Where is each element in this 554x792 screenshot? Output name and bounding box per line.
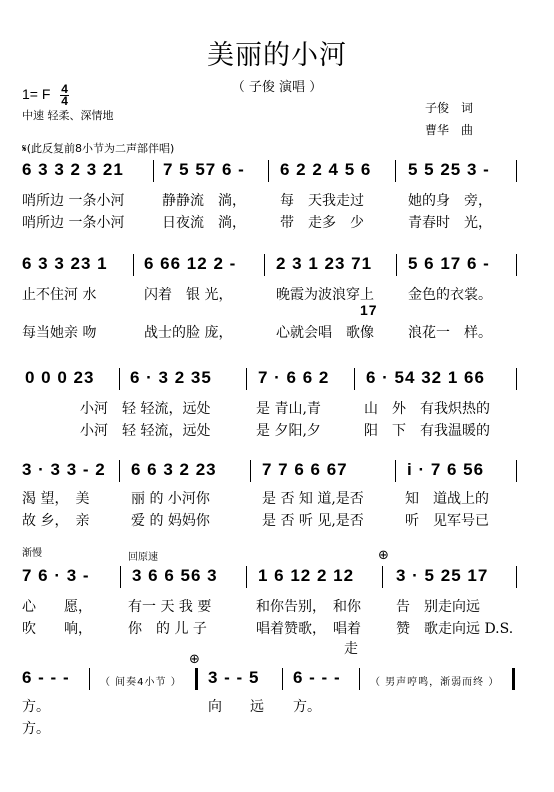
lyric: 唱着赞歌， 唱着	[256, 618, 361, 638]
lyric: 是 否 听 见,是否	[262, 510, 364, 530]
lyric: 带 走多 少	[280, 212, 364, 232]
measure: 5 6 17 6 -	[408, 254, 490, 274]
barline	[282, 668, 283, 690]
measure: 0 0 0 23	[25, 368, 94, 388]
measure: 3 6 6 56 3	[132, 566, 218, 586]
measure: 6 66 12 2 -	[144, 254, 236, 274]
lyric: 山 外 有我炽热的	[364, 398, 490, 418]
barline	[264, 254, 265, 276]
lyric: 青春时 光，	[408, 212, 492, 232]
lyric: 向 远	[208, 696, 264, 716]
key-signature: 1= F 4 4	[22, 84, 69, 107]
barline	[120, 566, 121, 588]
lyric: 止不住河 水	[22, 284, 96, 304]
measure: 7 5 57 6 -	[163, 160, 245, 180]
lyric: 走	[344, 638, 358, 658]
lyric: 是 夕阳,夕	[256, 420, 321, 440]
song-title: 美丽的小河	[0, 33, 554, 72]
measure: 6 · 54 32 1 66	[366, 368, 485, 388]
barline	[516, 368, 517, 390]
lyric: 晚霞为波浪穿上	[276, 284, 374, 304]
barline	[396, 254, 397, 276]
barline	[119, 368, 120, 390]
lyric: 闪着 银 光，	[144, 284, 232, 304]
singer-credit: （ 子俊 演唱 ）	[0, 76, 554, 95]
lyric: 每 天我走过	[280, 190, 364, 210]
lyric: 有一 天 我 要	[128, 596, 211, 616]
lyric: 方。	[293, 696, 321, 716]
measure: 7 7 6 6 67	[262, 460, 348, 480]
lyric: 知 道战上的	[405, 488, 489, 508]
measure: 6 - - -	[22, 668, 70, 688]
lyric: 和你告别， 和你	[256, 596, 361, 616]
lyric: 静静流 淌，	[162, 190, 246, 210]
barline	[359, 668, 360, 690]
key-label: 1= F	[22, 86, 50, 102]
ritardando-marking: 渐慢	[22, 544, 42, 559]
measure: 6 6 3 2 23	[131, 460, 217, 480]
lyric: 丽 的 小河你	[131, 488, 210, 508]
barline	[516, 160, 517, 182]
barline	[89, 668, 90, 690]
lyric: 你 的 儿 子	[128, 618, 207, 638]
repeat-barline	[195, 668, 198, 690]
interlude-note: （ 间奏4小节 ）	[100, 673, 182, 688]
ending-note: （ 男声哼鸣，渐弱而终 ）	[370, 673, 499, 688]
tempo-marking: 中速 轻柔、深情地	[22, 107, 114, 123]
coda-icon: ⊕	[189, 652, 200, 667]
lyric: 告 别走向远	[396, 596, 480, 616]
lyricist: 子俊 词	[425, 97, 473, 119]
barline	[250, 460, 251, 482]
measure: 1 6 12 2 12	[258, 566, 354, 586]
barline	[268, 160, 269, 182]
credits: 子俊 词 曹华 曲	[425, 97, 473, 141]
final-barline	[512, 668, 515, 690]
measure: 6 - - -	[293, 668, 341, 688]
measure: i · 7 6 56	[407, 460, 484, 480]
lyric: 爱 的 妈妈你	[131, 510, 210, 530]
barline	[133, 254, 134, 276]
lyric: 哨所边 一条小河	[22, 190, 124, 210]
lyric: 是 青山,青	[256, 398, 321, 418]
barline	[395, 460, 396, 482]
measure: 7 6 · 3 -	[22, 566, 90, 586]
lyric: 小河 轻 轻流，远处	[80, 398, 210, 418]
barline	[246, 566, 247, 588]
lyric: 日夜流 淌，	[162, 212, 246, 232]
composer: 曹华 曲	[425, 119, 473, 141]
barline	[516, 460, 517, 482]
barline	[153, 160, 154, 182]
lyric: 每当她亲 吻	[22, 322, 96, 342]
a-tempo-marking: 回原速	[128, 548, 158, 563]
measure: 3 · 5 25 17	[396, 566, 488, 586]
variant-notes: 17	[360, 302, 378, 318]
measure: 6 2 2 4 5 6	[280, 160, 371, 180]
barline	[119, 460, 120, 482]
coda-icon: ⊕	[378, 548, 389, 563]
barline	[516, 566, 517, 588]
measure: 2 3 1 23 71	[276, 254, 372, 274]
lyric: 方。	[22, 696, 50, 716]
barline	[516, 254, 517, 276]
time-denominator: 4	[61, 94, 68, 108]
lyric: 渴 望， 美	[22, 488, 89, 508]
lyric: 她的身 旁，	[408, 190, 492, 210]
lyric: 赞 歌走向远 D.S.	[396, 618, 513, 638]
lyric: 小河 轻 轻流，远处	[80, 420, 210, 440]
lyric: 阳 下 有我温暖的	[364, 420, 490, 440]
measure: 6 · 3 2 35	[130, 368, 212, 388]
measure: 3 - - 5	[208, 668, 259, 688]
lyric: 战士的脸 庞，	[144, 322, 232, 342]
time-signature: 4 4	[60, 84, 69, 107]
measure: 5 5 25 3 -	[408, 160, 490, 180]
lyric: 哨所边 一条小河	[22, 212, 124, 232]
segno-note: 𝄋(此反复前8小节为二声部伴唱)	[22, 140, 174, 156]
barline	[395, 160, 396, 182]
lyric: 故 乡， 亲	[22, 510, 89, 530]
measure: 6 3 3 23 1	[22, 254, 108, 274]
barline	[382, 566, 383, 588]
barline	[246, 368, 247, 390]
measure: 6 3 3 2 3 21	[22, 160, 124, 180]
lyric: 浪花一 样。	[408, 322, 492, 342]
lyric: 心 愿，	[22, 596, 92, 616]
lyric: 金色的衣裳。	[408, 284, 492, 304]
lyric: 吹 响，	[22, 618, 92, 638]
lyric: 是 否 知 道,是否	[262, 488, 364, 508]
measure: 3 · 3 3 - 2	[22, 460, 106, 480]
measure: 7 · 6 6 2	[258, 368, 329, 388]
lyric: 心就会唱 歌像	[276, 322, 374, 342]
lyric: 方。	[22, 718, 50, 738]
lyric: 听 见军号已	[405, 510, 489, 530]
barline	[354, 368, 355, 390]
